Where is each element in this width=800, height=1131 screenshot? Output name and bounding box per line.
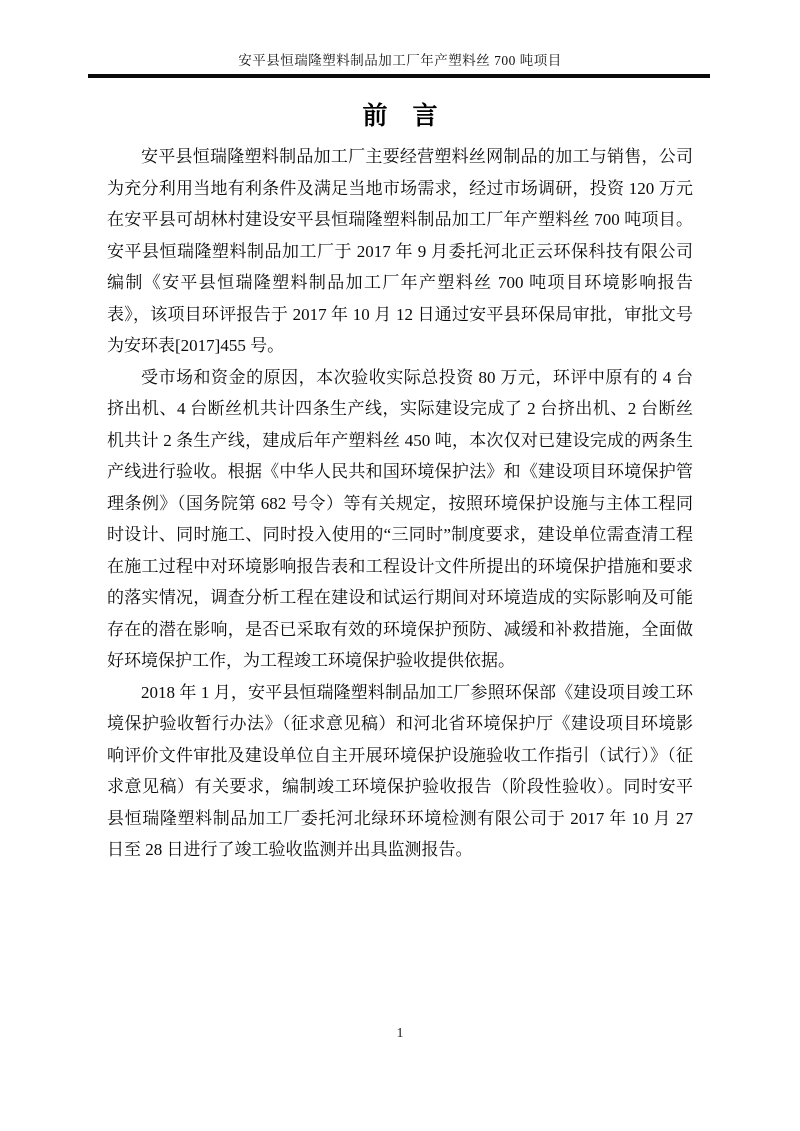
- document-page: 安平县恒瑞隆塑料制品加工厂年产塑料丝 700 吨项目 前 言 安平县恒瑞隆塑料制…: [0, 0, 800, 1131]
- document-body: 安平县恒瑞隆塑料制品加工厂主要经营塑料丝网制品的加工与销售，公司为充分利用当地有…: [107, 141, 693, 866]
- page-number: 1: [0, 1026, 800, 1042]
- paragraph-3: 2018 年 1 月，安平县恒瑞隆塑料制品加工厂参照环保部《建设项目竣工环境保护…: [107, 677, 693, 866]
- paragraph-1: 安平县恒瑞隆塑料制品加工厂主要经营塑料丝网制品的加工与销售，公司为充分利用当地有…: [107, 141, 693, 362]
- header-double-rule: [88, 74, 710, 78]
- paragraph-2: 受市场和资金的原因，本次验收实际总投资 80 万元，环评中原有的 4 台挤出机、…: [107, 362, 693, 677]
- running-header-title: 安平县恒瑞隆塑料制品加工厂年产塑料丝 700 吨项目: [0, 52, 800, 70]
- section-title: 前 言: [0, 100, 800, 132]
